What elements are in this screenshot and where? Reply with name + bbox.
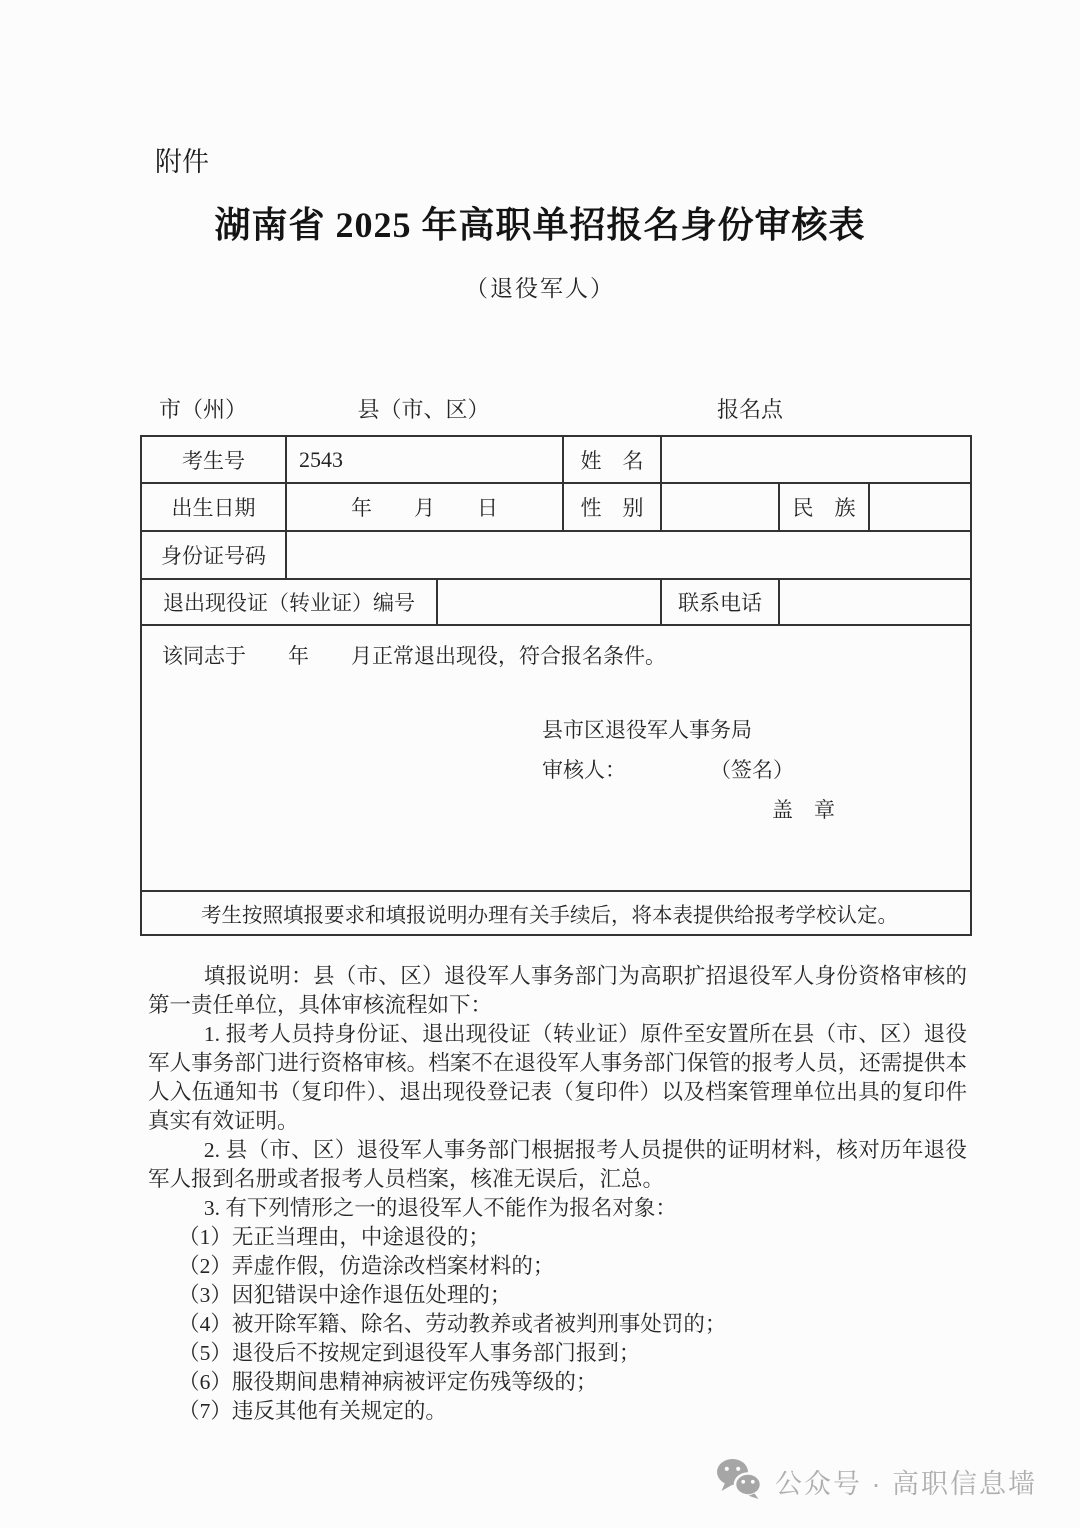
cert-label: 退出现役证（转业证）编号: [141, 579, 437, 625]
table-row-note: 考生按照填报要求和填报说明办理有关手续后，将本表提供给报考学校认定。: [141, 891, 971, 935]
gender-label: 性 别: [563, 483, 661, 531]
ethnic-label: 民 族: [779, 483, 869, 531]
watermark-footer: 公众号 · 高职信息墙: [716, 1458, 1037, 1504]
bureau-line: 县市区退役军人事务局: [542, 710, 950, 750]
birth-label: 出生日期: [141, 483, 286, 531]
instructions-step-2: 2. 县（市、区）退役军人事务部门根据报考人员提供的证明材料，核对历年退役军人报…: [148, 1136, 967, 1194]
region-city-label: 市（州）: [159, 393, 247, 424]
document-page: 附件 湖南省 2025 年高职单招报名身份审核表 （退役军人） 市（州） 县（市…: [0, 0, 1080, 1426]
sign-block: 县市区退役军人事务局 审核人： （签名） 盖 章: [542, 710, 950, 830]
table-row-id: 身份证号码: [141, 531, 971, 579]
region-site-label: 报名点: [717, 393, 783, 424]
id-value: [286, 531, 971, 579]
watermark-text: 公众号 · 高职信息墙: [775, 1462, 1037, 1501]
table-row-birth: 出生日期 年 月 日 性 别 民 族: [141, 483, 971, 531]
instructions-step-1: 1. 报考人员持身份证、退出现役证（转业证）原件至安置所在县（市、区）退役军人事…: [148, 1020, 967, 1136]
exam-no-value: 2543: [286, 436, 563, 483]
instructions-intro: 填报说明：县（市、区）退役军人事务部门为高职扩招退役军人身份资格审核的第一责任单…: [148, 962, 967, 1020]
note-cell: 考生按照填报要求和填报说明办理有关手续后，将本表提供给报考学校认定。: [141, 891, 971, 935]
region-county-label: 县（市、区）: [358, 393, 490, 424]
name-value: [661, 436, 971, 483]
phone-label: 联系电话: [661, 579, 779, 625]
attachment-label: 附件: [155, 140, 1080, 179]
instructions-section: 填报说明：县（市、区）退役军人事务部门为高职扩招退役军人身份资格审核的第一责任单…: [148, 962, 967, 1426]
table-row-cert: 退出现役证（转业证）编号 联系电话: [141, 579, 971, 625]
birth-value: 年 月 日: [286, 483, 563, 531]
statement-cell: 该同志于 年 月正常退出现役，符合报名条件。 县市区退役军人事务局 审核人： （…: [141, 625, 971, 891]
list-item: （1）无正当理由，中途退役的；: [178, 1223, 967, 1252]
page-subtitle: （退役军人）: [0, 270, 1080, 303]
exam-no-label: 考生号: [141, 436, 286, 483]
region-line: 市（州） 县（市、区） 报名点: [140, 393, 1080, 423]
list-item: （5）退役后不按规定到退役军人事务部门报到；: [178, 1339, 967, 1368]
page-title: 湖南省 2025 年高职单招报名身份审核表: [0, 197, 1080, 248]
note-text: 考生按照填报要求和填报说明办理有关手续后，将本表提供给报考学校认定。: [160, 898, 952, 928]
ethnic-value: [869, 483, 971, 531]
phone-value: [779, 579, 971, 625]
statement-text: 该同志于 年 月正常退出现役，符合报名条件。: [162, 642, 950, 670]
list-item: （2）弄虚作假，仿造涂改档案材料的；: [178, 1252, 967, 1281]
gender-value: [661, 483, 779, 531]
table-row-exam-no: 考生号 2543 姓 名: [141, 436, 971, 483]
cert-value: [437, 579, 661, 625]
instructions-step-3: 3. 有下列情形之一的退役军人不能作为报名对象：: [148, 1194, 967, 1223]
list-item: （6）服役期间患精神病被评定伤残等级的；: [178, 1368, 967, 1397]
seal-line: 盖 章: [542, 790, 950, 830]
name-label: 姓 名: [563, 436, 661, 483]
reviewer-line: 审核人： （签名）: [542, 750, 950, 790]
list-item: （7）违反其他有关规定的。: [178, 1397, 967, 1426]
list-item: （4）被开除军籍、除名、劳动教养或者被判刑事处罚的；: [178, 1310, 967, 1339]
id-label: 身份证号码: [141, 531, 286, 579]
wechat-icon: [716, 1458, 762, 1504]
identity-review-table: 考生号 2543 姓 名 出生日期 年 月 日 性 别 民 族 身份证号码 退出…: [140, 435, 972, 936]
table-row-statement: 该同志于 年 月正常退出现役，符合报名条件。 县市区退役军人事务局 审核人： （…: [141, 625, 971, 891]
list-item: （3）因犯错误中途作退伍处理的；: [178, 1281, 967, 1310]
